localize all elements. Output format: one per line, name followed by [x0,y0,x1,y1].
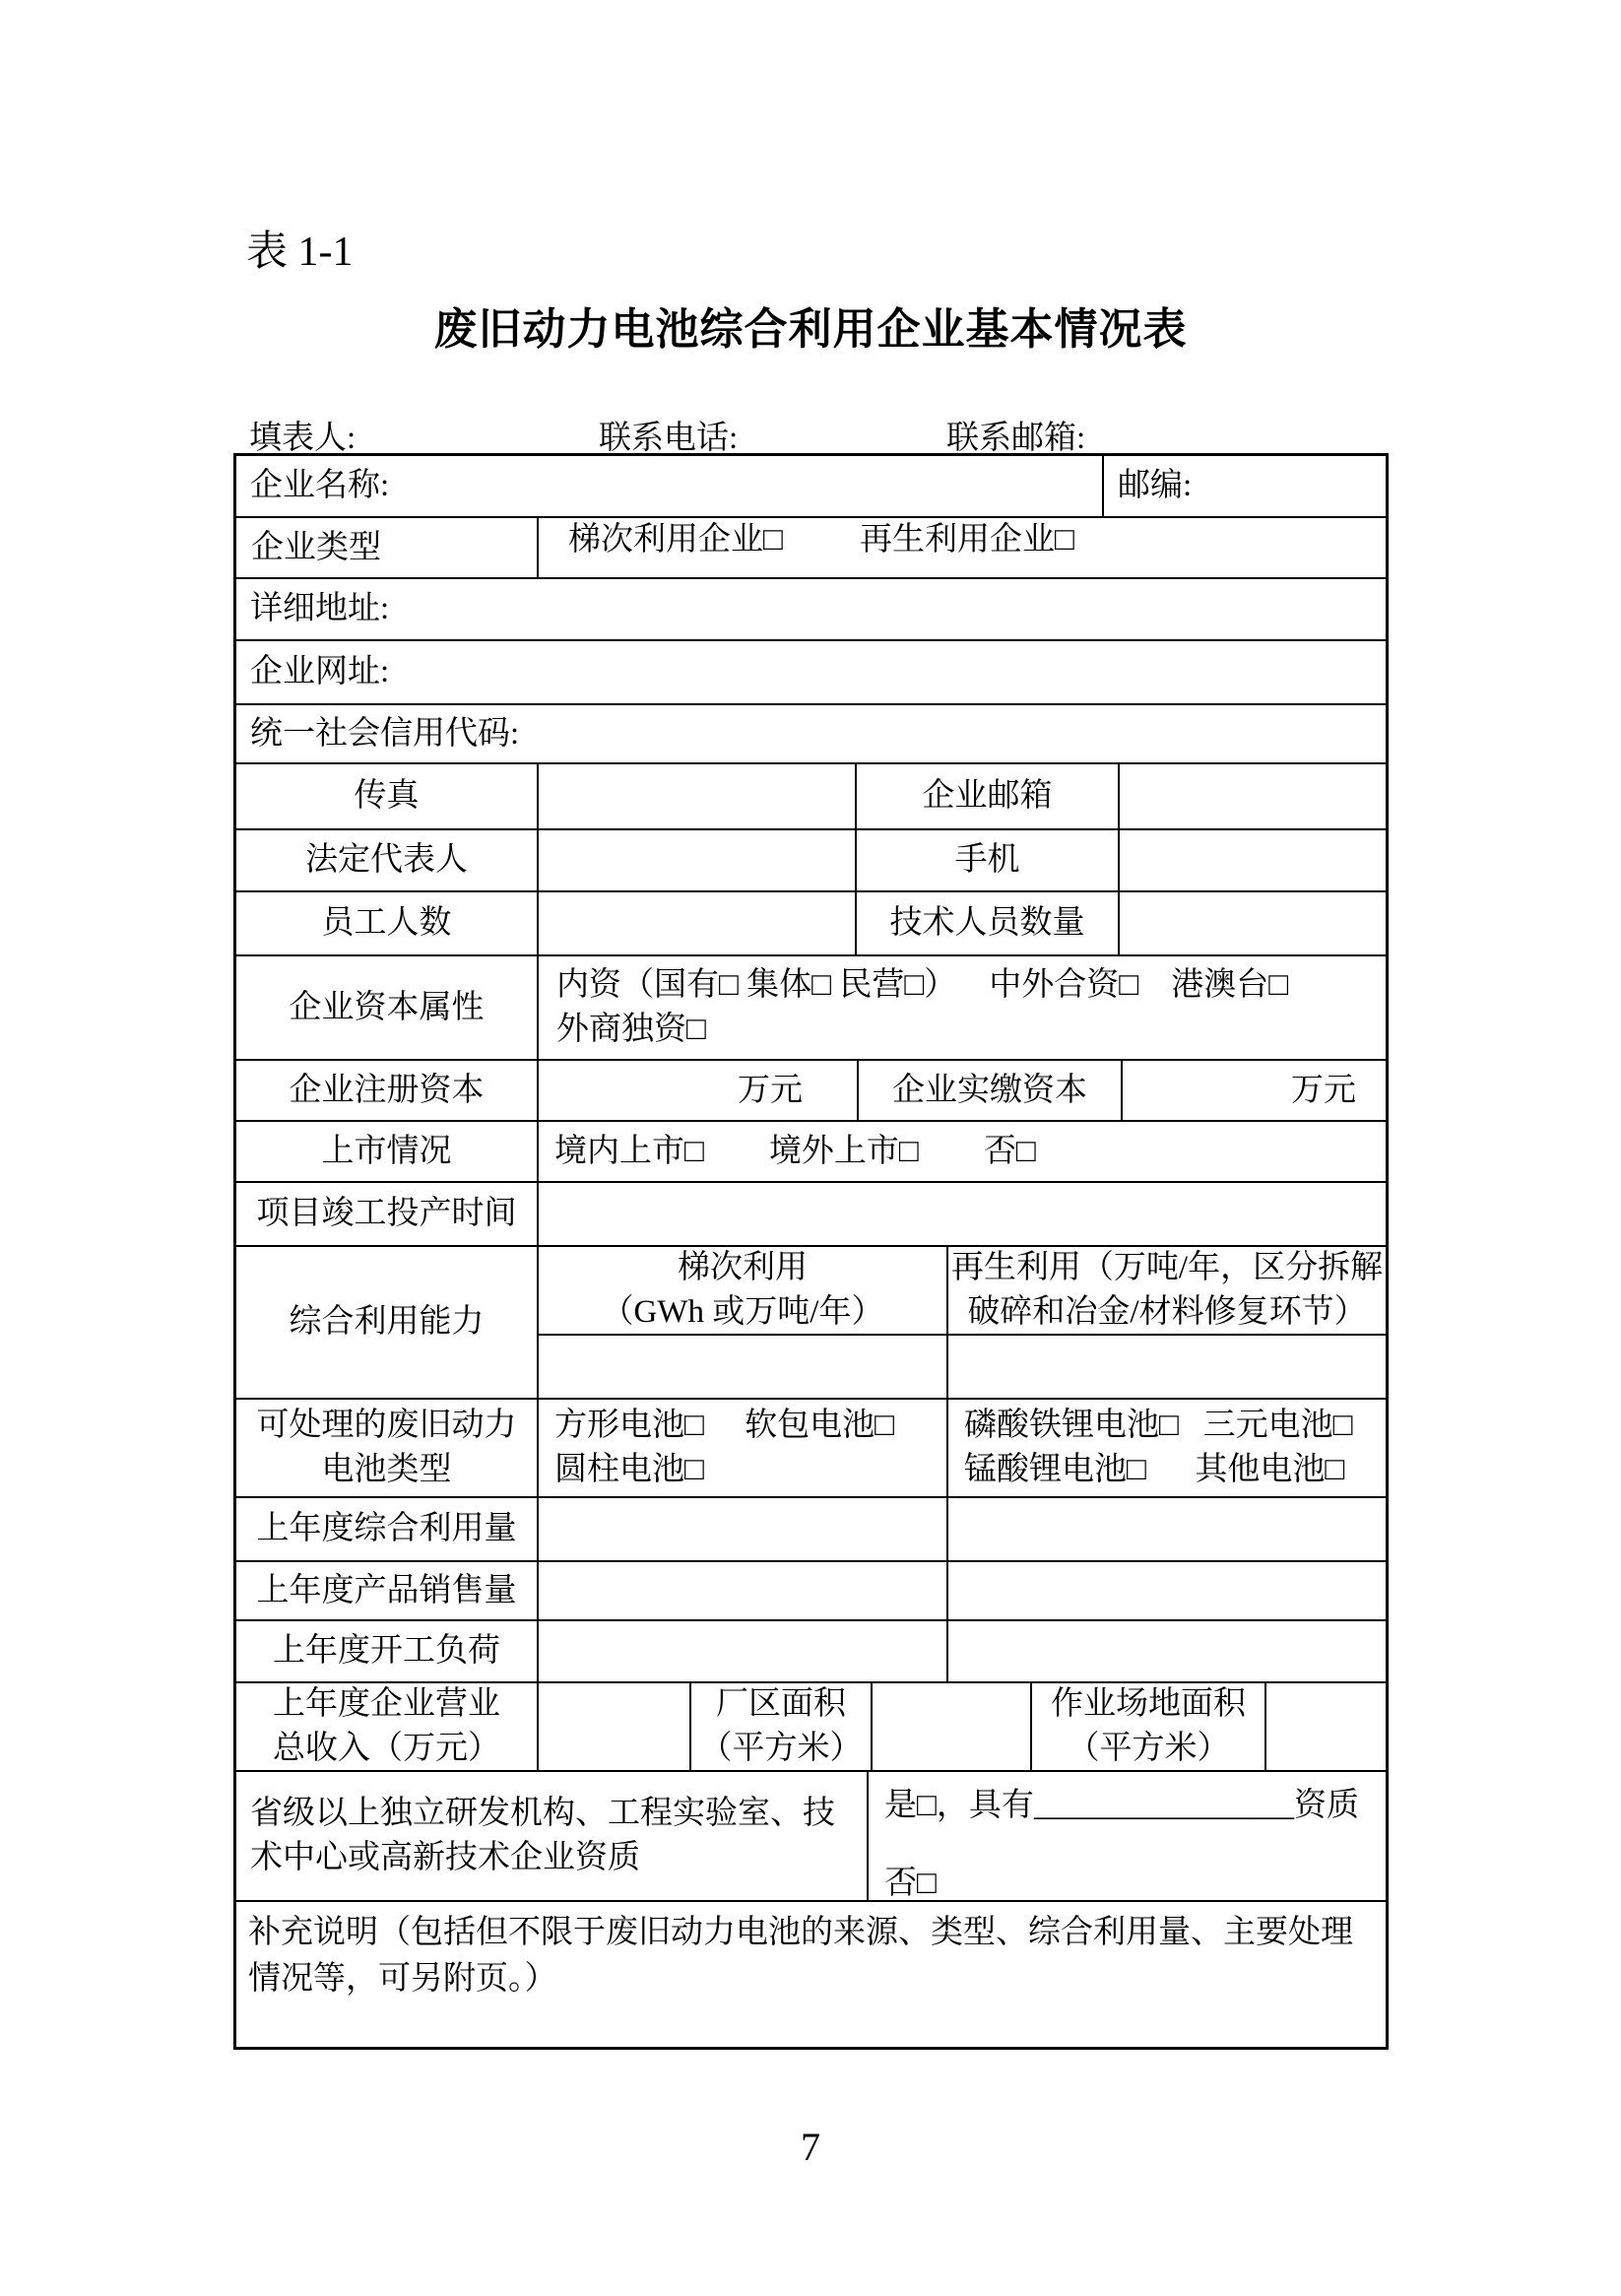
form-filler-label: 填表人: [249,412,356,458]
row-completion-time: 项目竣工投产时间 [236,1183,1386,1247]
contact-header-row: 填表人: 联系电话: 联系邮箱: [233,412,1389,453]
row-company-name: 企业名称: 邮编: [236,456,1386,518]
contact-email-label: 联系邮箱: [946,412,1085,458]
last-year-load-cascade-cell [539,1621,948,1681]
capital-options-line1: 内资（国有□ 集体□ 民营□） 中外合资□ 港澳台□ [556,963,1288,1008]
last-year-utilization-recycle-cell [948,1498,1386,1560]
rd-qualification-yes-line: 是□，具有________________资质 [884,1784,1359,1828]
enterprise-info-table: 企业名称: 邮编: 企业类型 梯次利用企业□ 再生利用企业□ 详细地址: 企业网… [233,453,1389,2050]
recycle-capability-value-cell [948,1336,1386,1398]
rd-qualification-options: 是□，具有________________资质 否□ [869,1772,1386,1900]
mobile-value-cell [1120,830,1386,890]
row-credit-code: 统一社会信用代码: [236,705,1386,764]
paid-capital-label: 企业实缴资本 [859,1061,1123,1120]
staff-count-value-cell [539,892,857,954]
row-last-year-load: 上年度开工负荷 [236,1621,1386,1683]
mobile-label: 手机 [857,830,1120,890]
row-registered-capital: 企业注册资本 万元 企业实缴资本 万元 [236,1061,1386,1122]
row-company-type: 企业类型 梯次利用企业□ 再生利用企业□ [236,518,1386,579]
row-utilization-capability: 综合利用能力 梯次利用 （GWh 或万吨/年） 再生利用（万吨/年，区分拆解 破… [236,1247,1386,1400]
last-year-load-recycle-cell [948,1621,1386,1681]
tech-staff-label: 技术人员数量 [857,892,1120,954]
factory-area-value-cell [873,1683,1032,1770]
page-title: 废旧动力电池综合利用企业基本情况表 [0,294,1621,357]
row-rd-qualification: 省级以上独立研发机构、工程实验室、技 术中心或高新技术企业资质 是□，具有___… [236,1772,1386,1902]
listing-status-options: 境内上市□ 境外上市□ 否□ [539,1122,1386,1181]
last-year-sales-cascade-cell [539,1562,948,1619]
rd-qualification-no-line: 否□ [884,1862,937,1900]
capital-options-line2: 外商独资□ [556,1008,706,1052]
table-number-label: 表 1-1 [246,219,354,278]
row-listing-status: 上市情况 境内上市□ 境外上市□ 否□ [236,1122,1386,1183]
last-year-utilization-label: 上年度综合利用量 [236,1498,539,1560]
row-capital-attribute: 企业资本属性 内资（国有□ 集体□ 民营□） 中外合资□ 港澳台□ 外商独资□ [236,956,1386,1061]
company-type-label: 企业类型 [236,518,539,577]
row-last-year-sales: 上年度产品销售量 [236,1562,1386,1621]
battery-types-shape-options: 方形电池□ 软包电池□ 圆柱电池□ [539,1400,948,1496]
qualification-blank: ________________ [1034,1788,1294,1823]
notes-label: 补充说明（包括但不限于废旧动力电池的来源、类型、综合利用量、主要处理 情况等，可… [236,1902,1386,2047]
option-recycle-use: 再生利用企业□ [860,518,1074,562]
fax-label: 传真 [236,764,539,828]
staff-count-label: 员工人数 [236,892,539,954]
legal-rep-label: 法定代表人 [236,830,539,890]
row-last-year-utilization: 上年度综合利用量 [236,1498,1386,1562]
row-address: 详细地址: [236,579,1386,641]
registered-capital-unit: 万元 [539,1061,859,1120]
recycle-capability-column: 再生利用（万吨/年，区分拆解 破碎和冶金/材料修复环节） [948,1247,1386,1398]
tech-staff-value-cell [1120,892,1386,954]
utilization-capability-label: 综合利用能力 [236,1247,539,1398]
row-notes: 补充说明（包括但不限于废旧动力电池的来源、类型、综合利用量、主要处理 情况等，可… [236,1902,1386,2047]
row-fax-email: 传真 企业邮箱 [236,764,1386,830]
row-staff-count: 员工人数 技术人员数量 [236,892,1386,956]
paid-capital-unit: 万元 [1123,1061,1386,1120]
row-battery-types: 可处理的废旧动力 电池类型 方形电池□ 软包电池□ 圆柱电池□ 磷酸铁锂电池□ … [236,1400,1386,1498]
work-area-label: 作业场地面积 （平方米） [1032,1683,1266,1770]
row-revenue-area: 上年度企业营业 总收入（万元） 厂区面积 （平方米） 作业场地面积 （平方米） [236,1683,1386,1772]
address-label: 详细地址: [236,579,1386,639]
company-name-label: 企业名称: [236,456,1104,516]
last-year-load-label: 上年度开工负荷 [236,1621,539,1681]
postcode-label: 邮编: [1104,456,1386,516]
option-cascade-use: 梯次利用企业□ [568,518,783,562]
last-year-sales-label: 上年度产品销售量 [236,1562,539,1619]
credit-code-label: 统一社会信用代码: [236,705,1386,762]
website-label: 企业网址: [236,641,1386,703]
work-area-value-cell [1266,1683,1386,1770]
completion-time-value-cell [539,1183,1386,1245]
page-number: 7 [0,2124,1621,2170]
battery-types-label: 可处理的废旧动力 电池类型 [236,1400,539,1496]
contact-phone-label: 联系电话: [599,412,738,458]
row-legal-rep: 法定代表人 手机 [236,830,1386,892]
recycle-capability-header: 再生利用（万吨/年，区分拆解 破碎和冶金/材料修复环节） [948,1247,1386,1336]
last-year-sales-recycle-cell [948,1562,1386,1619]
company-email-label: 企业邮箱 [857,764,1120,828]
cascade-capability-column: 梯次利用 （GWh 或万吨/年） [539,1247,948,1398]
listing-status-label: 上市情况 [236,1122,539,1181]
capital-attribute-label: 企业资本属性 [236,956,539,1059]
rd-qualification-label: 省级以上独立研发机构、工程实验室、技 术中心或高新技术企业资质 [236,1772,869,1900]
factory-area-label: 厂区面积 （平方米） [691,1683,873,1770]
company-type-options: 梯次利用企业□ 再生利用企业□ [539,518,1386,577]
fax-value-cell [539,764,857,828]
last-year-utilization-cascade-cell [539,1498,948,1560]
cascade-capability-header: 梯次利用 （GWh 或万吨/年） [539,1247,946,1336]
revenue-label: 上年度企业营业 总收入（万元） [236,1683,539,1770]
battery-types-chemistry-options: 磷酸铁锂电池□ 三元电池□ 锰酸锂电池□ 其他电池□ [948,1400,1386,1496]
company-email-value-cell [1120,764,1386,828]
registered-capital-label: 企业注册资本 [236,1061,539,1120]
completion-time-label: 项目竣工投产时间 [236,1183,539,1245]
revenue-value-cell [539,1683,691,1770]
cascade-capability-value-cell [539,1336,946,1398]
capital-attribute-options: 内资（国有□ 集体□ 民营□） 中外合资□ 港澳台□ 外商独资□ [539,956,1386,1059]
legal-rep-value-cell [539,830,857,890]
row-website: 企业网址: [236,641,1386,705]
